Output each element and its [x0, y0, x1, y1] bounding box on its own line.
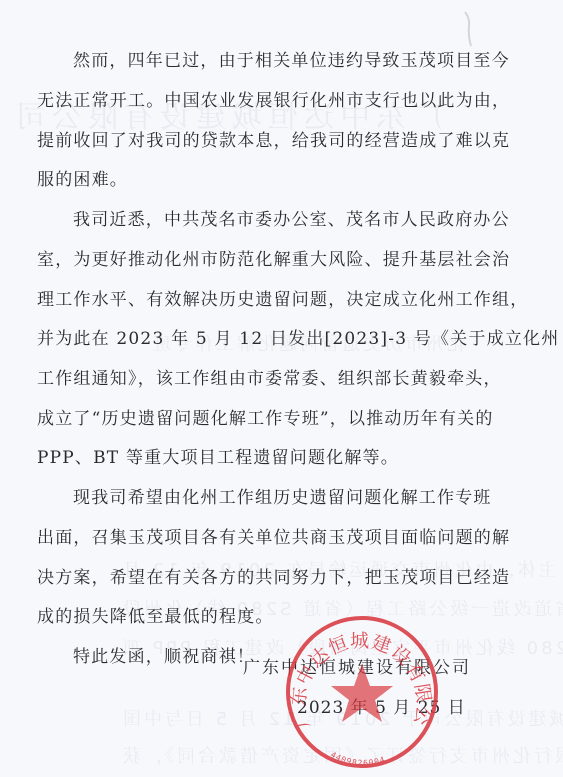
- paragraph-3-line-1: 现我司希望由化州工作组历史遗留问题化解工作专班: [73, 483, 492, 513]
- signature-date: 2023 年 5 月 25 日: [297, 693, 466, 718]
- paragraph-1-line-3: 提前收回了对我司的贷款本息，给我司的经营造成了难以克: [37, 126, 510, 156]
- signature-company: 广东中达恒城建设有限公司: [243, 653, 471, 678]
- paragraph-3-line-3: 决方案，希望在有关各方的共同努力下，把玉茂项目已经造: [37, 563, 510, 593]
- paragraph-3-line-4: 成的损失降低至最低的程度。: [37, 602, 274, 632]
- seal-number-text: 4409826004: [329, 750, 387, 768]
- paragraph-2-line-7: PPP、BT 等重大项目工程遗留问题化解等。: [37, 443, 399, 473]
- paragraph-1-line-2: 无法正常开工。中国农业发展银行化州市支行也以此为由，: [37, 86, 510, 116]
- paragraph-3-line-2: 出面，召集玉茂项目各有关单位共商玉茂项目面临问题的解: [37, 523, 510, 553]
- paragraph-2-line-3: 理工作水平、有效解决历史遗留问题，决定成立化州工作组，: [37, 285, 528, 315]
- company-seal-stamp: 广东中达恒城建设有限公司 4409826004: [282, 612, 442, 772]
- pen-mark-decoration: [462, 10, 476, 50]
- paragraph-2-line-1: 我司近悉，中共茂名市委办公室、茂名市人民政府办公: [73, 205, 510, 235]
- paragraph-1-line-4: 服的困难。: [37, 165, 128, 195]
- paragraph-2-line-2: 室，为更好推动化州市防范化解重大风险、提升基层社会治: [37, 245, 510, 275]
- paragraph-2-line-4: 并为此在 2023 年 5 月 12 日发出[2023]-3 号《关于成立化州: [37, 324, 559, 354]
- paragraph-2-line-6: 成立了“历史遗留问题化解工作专班”，以推动历年有关的: [37, 404, 494, 434]
- closing-salutation: 特此发函，顺祝商祺！: [73, 642, 255, 672]
- paragraph-2-line-5: 工作组通知》，该工作组由市委常委、组织部长黄毅牵头，: [37, 364, 502, 394]
- paragraph-1-line-1: 然而，四年已过，由于相关单位违约导致玉茂项目至今: [73, 46, 510, 76]
